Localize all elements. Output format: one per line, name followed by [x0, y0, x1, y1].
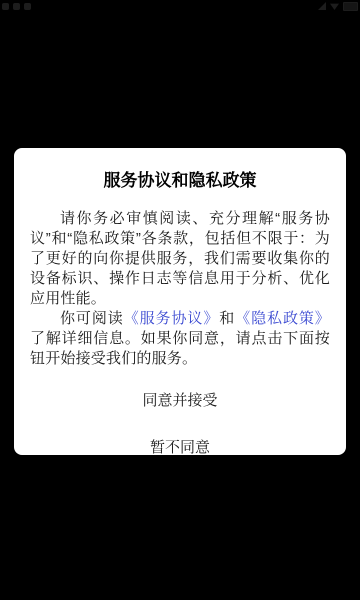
privacy-policy-link[interactable]: 《隐私政策》 [235, 310, 330, 327]
status-bar-right [318, 1, 358, 11]
disagree-button[interactable]: 暂不同意 [150, 438, 210, 458]
battery-icon [343, 2, 358, 11]
notification-icon [2, 3, 9, 10]
dialog-paragraph-1: 请你务必审慎阅读、充分理解“服务协议”和“隐私政策”各条款，包括但不限于：为了更… [30, 209, 330, 309]
privacy-policy-dialog: 服务协议和隐私政策 请你务必审慎阅读、充分理解“服务协议”和“隐私政策”各条款，… [14, 148, 346, 455]
dialog-body: 请你务必审慎阅读、充分理解“服务协议”和“隐私政策”各条款，包括但不限于：为了更… [30, 209, 330, 369]
dialog-title: 服务协议和隐私政策 [30, 169, 330, 193]
app-screen: 服务协议和隐私政策 请你务必审慎阅读、充分理解“服务协议”和“隐私政策”各条款，… [0, 0, 360, 600]
service-agreement-link[interactable]: 《服务协议》 [124, 310, 220, 327]
notification-icon [24, 3, 31, 10]
paragraph-2-text: 你可阅读 [60, 310, 124, 327]
paragraph-2-text: 和 [219, 310, 235, 327]
paragraph-2-text: 了解详细信息。如果你同意，请点击下面按钮开始接受我们的服务。 [30, 330, 330, 367]
status-bar-left [2, 1, 31, 11]
status-bar [0, 0, 360, 12]
dialog-paragraph-2: 你可阅读《服务协议》和《隐私政策》了解详细信息。如果你同意，请点击下面按钮开始接… [30, 309, 330, 369]
notification-icon [13, 3, 20, 10]
agree-button[interactable]: 同意并接受 [142, 391, 217, 411]
signal-icon [318, 2, 326, 10]
wifi-icon [330, 2, 339, 10]
